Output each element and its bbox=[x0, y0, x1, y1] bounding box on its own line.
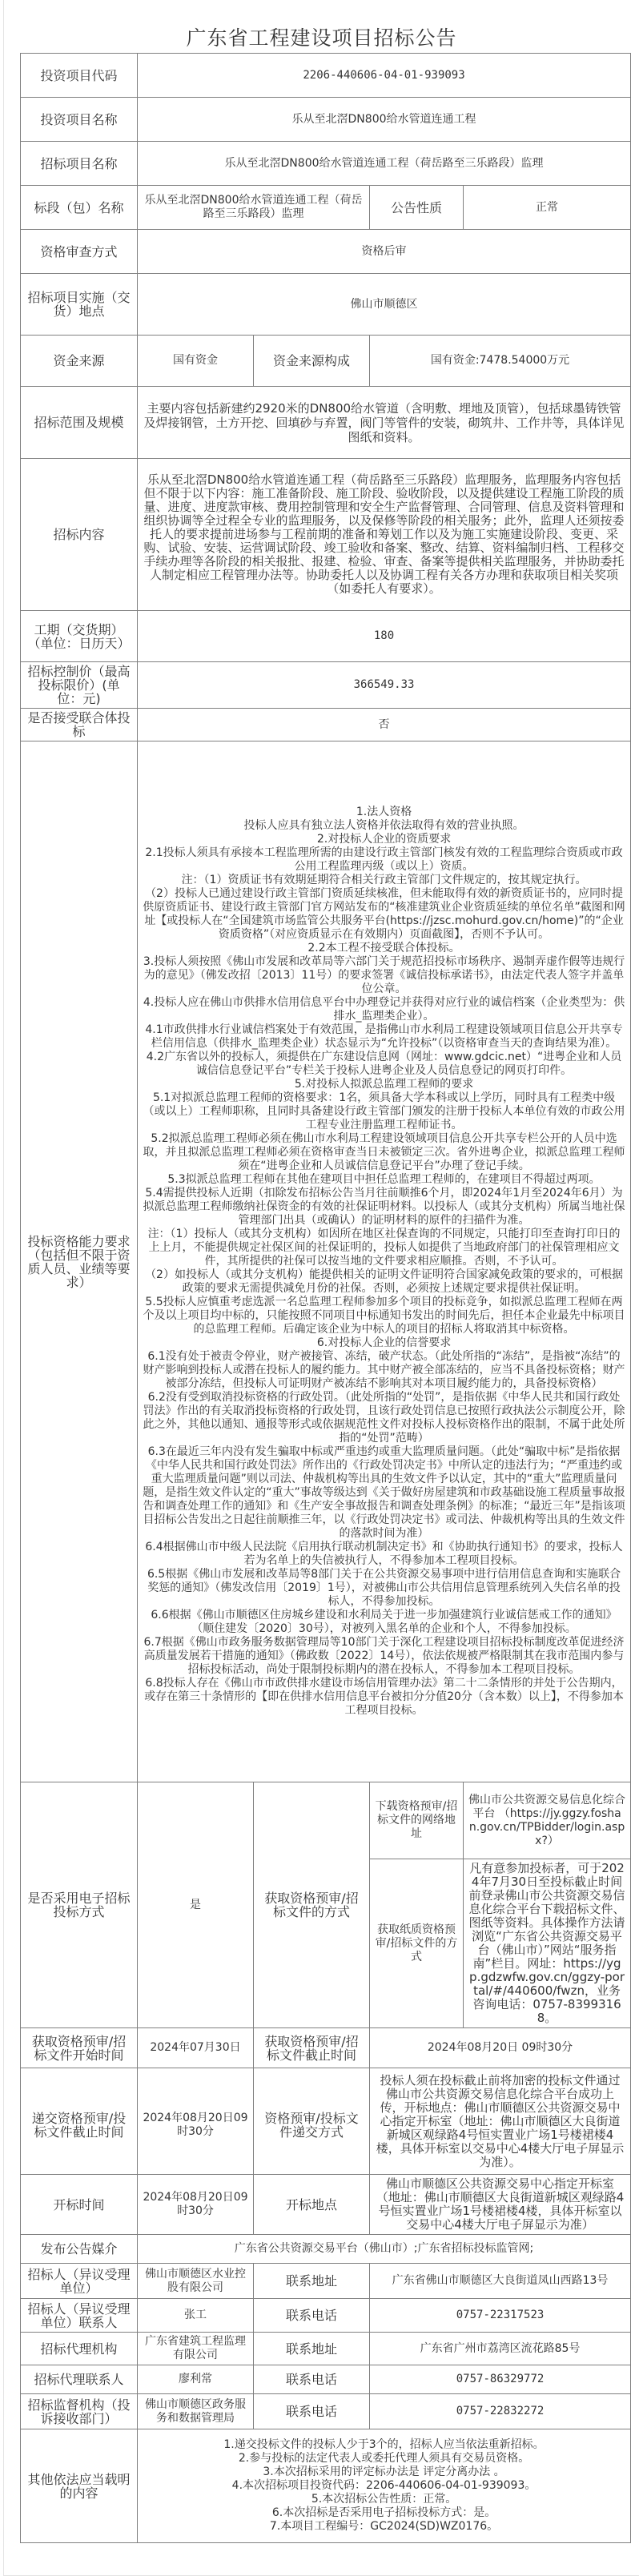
value-price-cap: 366549.33 bbox=[138, 662, 631, 709]
label-submit-deadline: 递交资格预审/投标文件截止时间 bbox=[21, 2068, 138, 2175]
value-opening-time: 2024年08月20日09时30分 bbox=[138, 2175, 254, 2235]
value-media: 广东省公共资源交易平台（佛山市）;广东省招标投标监管网; bbox=[138, 2235, 631, 2264]
qualification-item: 5.2拟派总监理工程师必须在佛山市水利局工程建设领域项目信息公开共享专栏公开的人… bbox=[143, 1132, 625, 1173]
other-item: 5.本次招标公告性质：正常。 bbox=[143, 2493, 625, 2506]
label-download-address: 下载资格预审/招标文件的网络地址 bbox=[370, 1782, 464, 1859]
qualification-item: 注：（1）资质证书有效期延期符合相关行政主管部门文件规定的，按其规定执行。 bbox=[143, 874, 625, 887]
row-tender-project-name: 招标项目名称 乐从至北滘DN800给水管道连通工程（荷岳路至三乐路段）监理 bbox=[21, 142, 631, 186]
label-opening-place: 开标地点 bbox=[254, 2175, 370, 2235]
row-qualification: 投标资格能力要求（包括但不限于资质人员、业绩等要求） 1.法人资格 投标人应具有… bbox=[21, 741, 631, 1782]
value-tenderer-address: 广东省佛山市顺德区大良街道凤山西路13号 bbox=[370, 2264, 631, 2299]
value-scope: 主要内容包括新建约2920米的DN800给水管道（含明敷、埋地及顶管），包括球墨… bbox=[138, 387, 631, 459]
value-tenderer: 佛山市顺德区水业控股有限公司 bbox=[138, 2264, 254, 2299]
value-notice-nature: 正常 bbox=[464, 186, 631, 230]
value-consortium: 否 bbox=[138, 709, 631, 741]
value-fund-source: 国有资金 bbox=[138, 336, 254, 387]
qualification-item: （2）如投标人（或其分支机构）能提供相关的证明文件证明符合国家减免政策的要求的，… bbox=[143, 1268, 625, 1296]
value-project-code: 2206-440606-04-01-939093 bbox=[138, 54, 631, 98]
value-supervision-phone: 0757-22832272 bbox=[370, 2394, 631, 2429]
qualification-item: 5.5投标人应慎重考虑选派一名总监理工程师参加多个项目的投标竞争，如拟派总监理工… bbox=[143, 1296, 625, 1336]
label-content: 招标内容 bbox=[21, 459, 138, 611]
label-obtain-method: 获取资格预审/招标文件的方式 bbox=[254, 1782, 370, 2028]
label-agency-contact: 招标代理联系人 bbox=[21, 2365, 138, 2394]
notice-page: 广东省工程建设项目招标公告 投资项目代码 2206-440606-04-01-9… bbox=[3, 0, 639, 2576]
value-agency: 广东省建筑工程监理有限公司 bbox=[138, 2333, 254, 2365]
label-tenderer-phone: 联系电话 bbox=[254, 2299, 370, 2333]
value-tenderer-contact: 张工 bbox=[138, 2299, 254, 2333]
qualification-item: 2.对投标人企业的资质要求 bbox=[143, 833, 625, 846]
qualification-item: 投标人应具有独立法人资格并依法取得有效的营业执照。 bbox=[143, 819, 625, 833]
row-other: 其他依法应当载明的内容 1.递交投标文件的投标人少于3个的，招标人应当依法重新招… bbox=[21, 2429, 631, 2543]
label-fund-source: 资金来源 bbox=[21, 336, 138, 387]
value-qualification: 1.法人资格 投标人应具有独立法人资格并依法取得有效的营业执照。 2.对投标人企… bbox=[138, 741, 631, 1782]
label-scope: 招标范围及规模 bbox=[21, 387, 138, 459]
label-media: 发布公告媒介 bbox=[21, 2235, 138, 2264]
qualification-item: 6.4根据佛山市中级人民法院《启用执行联动机制决定书》和《协助执行通知书》的要求… bbox=[143, 1541, 625, 1568]
label-agency-phone: 联系电话 bbox=[254, 2365, 370, 2394]
label-submit-method: 资格预审/投标文件递交方式 bbox=[254, 2068, 370, 2175]
other-item: 6.本次招标是否采用电子招标投标方式：是。 bbox=[143, 2506, 625, 2520]
qualification-item: 6.7根据《佛山市政务服务数据管理局等10部门关于深化工程建设项目招标投标制度改… bbox=[143, 1636, 625, 1677]
qualification-item: 6.6根据《佛山市顺德区住房城乡建设和水利局关于进一步加强建筑行业诚信惩戒工作的… bbox=[143, 1609, 625, 1636]
qualification-item: 2.1投标人须具有承接本工程监理所需的由建设行政主管部门核发有效的工程监理综合资… bbox=[143, 846, 625, 874]
row-obtain-time: 获取资格预审/招标文件开始时间 2024年07月30日 获取资格预审/招标文件截… bbox=[21, 2028, 631, 2068]
row-content: 招标内容 乐从至北滘DN800给水管道连通工程（荷岳路至三乐路段）监理服务，监理… bbox=[21, 459, 631, 611]
qualification-item: 3.投标人须按照《佛山市发展和改革局等六部门关于规范招投标市场秩序、遏制弄虚作假… bbox=[143, 955, 625, 996]
label-tenderer-address: 联系地址 bbox=[254, 2264, 370, 2299]
label-section-name: 标段（包）名称 bbox=[21, 186, 138, 230]
row-duration: 工期（交货期）（单位：日历天） 180 bbox=[21, 611, 631, 662]
row-qualification-review: 资格审查方式 资格后审 bbox=[21, 230, 631, 274]
row-agency: 招标代理机构 广东省建筑工程监理有限公司 联系地址 广东省广州市荔湾区流花路85… bbox=[21, 2333, 631, 2365]
label-agency-address: 联系地址 bbox=[254, 2333, 370, 2365]
value-content: 乐从至北滘DN800给水管道连通工程（荷岳路至三乐路段）监理服务，监理服务内容包… bbox=[138, 459, 631, 611]
label-qualification-review: 资格审查方式 bbox=[21, 230, 138, 274]
row-supervision: 招标监督机构（投诉接收部门） 佛山市顺德区政务服务和数据管理局 联系电话 075… bbox=[21, 2394, 631, 2429]
value-obtain-start: 2024年07月30日 bbox=[138, 2028, 254, 2068]
value-project-name: 乐从至北滘DN800给水管道连通工程 bbox=[138, 98, 631, 142]
label-fund-composition: 资金来源构成 bbox=[254, 336, 370, 387]
notice-table: 投资项目代码 2206-440606-04-01-939093 投资项目名称 乐… bbox=[20, 53, 631, 2543]
row-fund: 资金来源 国有资金 资金来源构成 国有资金:7478.54000万元 bbox=[21, 336, 631, 387]
row-scope: 招标范围及规模 主要内容包括新建约2920米的DN800给水管道（含明敷、埋地及… bbox=[21, 387, 631, 459]
value-other: 1.递交投标文件的投标人少于3个的，招标人应当依法重新招标。 2.参与投标的法定… bbox=[138, 2429, 631, 2543]
qualification-item: 6.对投标人企业的信誉要求 bbox=[143, 1336, 625, 1350]
row-project-name: 投资项目名称 乐从至北滘DN800给水管道连通工程 bbox=[21, 98, 631, 142]
value-submit-method: 投标人须在投标截止前将加密的投标文件通过佛山市公共资源交易信息化综合平台成功上传… bbox=[370, 2068, 631, 2175]
other-item: 2.参与投标的法定代表人或委托代理人须具有交易员资格。 bbox=[143, 2452, 625, 2465]
qualification-item: 5.3拟派总监理工程师在其他在建项目中担任总监理工程师的，在建项目不得超过两项。 bbox=[143, 1173, 625, 1187]
qualification-item: 6.5根据《佛山市发展和改革局等8部门关于在公共资源交易事项中进行信用信息查询和… bbox=[143, 1568, 625, 1609]
page-title: 广东省工程建设项目招标公告 bbox=[4, 0, 639, 53]
qualification-item: 4.2广东省以外的投标人，须提供在广东建设信息网（网址：www.gdcic.ne… bbox=[143, 1051, 625, 1078]
row-consortium: 是否接受联合体投标 否 bbox=[21, 709, 631, 741]
label-price-cap: 招标控制价（最高投标限价）(单位：元) bbox=[21, 662, 138, 709]
value-fund-composition: 国有资金:7478.54000万元 bbox=[370, 336, 631, 387]
qualification-item: 6.2没有受到取消投标资格的行政处罚。（此处所指的“处罚”，是指依据《中华人民共… bbox=[143, 1391, 625, 1445]
row-location: 招标项目实施（交货）地点 佛山市顺德区 bbox=[21, 274, 631, 336]
label-qualification: 投标资格能力要求（包括但不限于资质人员、业绩等要求） bbox=[21, 741, 138, 1782]
label-obtain-start: 获取资格预审/招标文件开始时间 bbox=[21, 2028, 138, 2068]
value-location: 佛山市顺德区 bbox=[138, 274, 631, 336]
label-notice-nature: 公告性质 bbox=[370, 186, 464, 230]
row-tenderer-contact: 招标人（异议受理单位）联系人 张工 联系电话 0757-22317523 bbox=[21, 2299, 631, 2333]
label-paper-method: 获取纸质资格预审/招标文件的方式 bbox=[370, 1859, 464, 2028]
other-item: 7.本项目工程编号：GC2024(SD)WZ0176。 bbox=[143, 2520, 625, 2534]
row-media: 发布公告媒介 广东省公共资源交易平台（佛山市）;广东省招标投标监管网; bbox=[21, 2235, 631, 2264]
other-item: 1.递交投标文件的投标人少于3个的，招标人应当依法重新招标。 bbox=[143, 2438, 625, 2452]
value-supervision: 佛山市顺德区政务服务和数据管理局 bbox=[138, 2394, 254, 2429]
label-other: 其他依法应当载明的内容 bbox=[21, 2429, 138, 2543]
label-location: 招标项目实施（交货）地点 bbox=[21, 274, 138, 336]
qualification-item: 4.投标人应在佛山市供排水信用信息平台中办理登记并获得对应行业的诚信档案（企业类… bbox=[143, 996, 625, 1023]
label-project-code: 投资项目代码 bbox=[21, 54, 138, 98]
label-supervision-phone: 联系电话 bbox=[254, 2394, 370, 2429]
value-qualification-review: 资格后审 bbox=[138, 230, 631, 274]
row-submit: 递交资格预审/投标文件截止时间 2024年08月20日09时30分 资格预审/投… bbox=[21, 2068, 631, 2175]
value-tenderer-phone: 0757-22317523 bbox=[370, 2299, 631, 2333]
value-paper-method: 凡有意参加投标者，可于2024年7月30日至投标截止时间前登录佛山市公共资源交易… bbox=[464, 1859, 631, 2028]
qualification-item: 1.法人资格 bbox=[143, 806, 625, 819]
value-tender-project-name: 乐从至北滘DN800给水管道连通工程（荷岳路至三乐路段）监理 bbox=[138, 142, 631, 186]
label-tenderer-contact: 招标人（异议受理单位）联系人 bbox=[21, 2299, 138, 2333]
label-electronic: 是否采用电子招标投标方式 bbox=[21, 1782, 138, 2028]
value-obtain-end: 2024年08月20日 09时30分 bbox=[370, 2028, 631, 2068]
value-opening-place: 佛山市顺德区公共资源交易中心指定开标室（地址：佛山市顺德区大良街道新城区观绿路4… bbox=[370, 2175, 631, 2235]
value-download-address[interactable]: 佛山市公共资源交易信息化综合平台 （https://jy.ggzy.foshan… bbox=[464, 1782, 631, 1859]
label-project-name: 投资项目名称 bbox=[21, 98, 138, 142]
value-duration: 180 bbox=[138, 611, 631, 662]
qualification-item: 2.2本工程不接受联合体投标。 bbox=[143, 942, 625, 955]
label-supervision: 招标监督机构（投诉接收部门） bbox=[21, 2394, 138, 2429]
label-agency: 招标代理机构 bbox=[21, 2333, 138, 2365]
value-agency-contact: 廖利常 bbox=[138, 2365, 254, 2394]
row-agency-contact: 招标代理联系人 廖利常 联系电话 0757-86329772 bbox=[21, 2365, 631, 2394]
qualification-item: 5.对投标人拟派总监理工程师的要求 bbox=[143, 1078, 625, 1091]
qualification-item: 注：（1）投标人（或其分支机构）如因所在地区社保查询的不同规定，只能打印至查询打… bbox=[143, 1228, 625, 1268]
value-section-name: 乐从至北滘DN800给水管道连通工程（荷岳路至三乐路段）监理 bbox=[138, 186, 370, 230]
other-item: 4.本次招标项目投资代码：2206-440606-04-01-939093。 bbox=[143, 2479, 625, 2493]
value-agency-address: 广东省广州市荔湾区流花路85号 bbox=[370, 2333, 631, 2365]
label-opening-time: 开标时间 bbox=[21, 2175, 138, 2235]
row-section-name: 标段（包）名称 乐从至北滘DN800给水管道连通工程（荷岳路至三乐路段）监理 公… bbox=[21, 186, 631, 230]
label-duration: 工期（交货期）（单位：日历天） bbox=[21, 611, 138, 662]
qualification-item: 4.1市政供排水行业诚信档案处于有效范围，是指佛山市水利局工程建设领域项目信息公… bbox=[143, 1023, 625, 1051]
qualification-item: 6.3在最近三年内没有发生骗取中标或严重违约或重大监理质量问题。（此处“骗取中标… bbox=[143, 1445, 625, 1541]
value-submit-deadline: 2024年08月20日09时30分 bbox=[138, 2068, 254, 2175]
value-agency-phone: 0757-86329772 bbox=[370, 2365, 631, 2394]
other-item: 3.本次招标采用的评定标办法是 评定分离办法 。 bbox=[143, 2465, 625, 2479]
row-tenderer: 招标人（异议受理单位） 佛山市顺德区水业控股有限公司 联系地址 广东省佛山市顺德… bbox=[21, 2264, 631, 2299]
qualification-item: 5.1对拟派总监理工程师的资格要求：1名，须具备大学本科或以上学历，同时具有工程… bbox=[143, 1091, 625, 1132]
label-consortium: 是否接受联合体投标 bbox=[21, 709, 138, 741]
qualification-item: 5.4需提供投标人近期（扣除发布招标公告当月往前顺推6个月，即2024年1月至2… bbox=[143, 1187, 625, 1228]
qualification-item: （2）投标人已通过建设行政主管部门资质延续核准，但未能取得有效的新资质证书的，应… bbox=[143, 887, 625, 942]
label-tenderer: 招标人（异议受理单位） bbox=[21, 2264, 138, 2299]
value-electronic: 是 bbox=[138, 1782, 254, 2028]
label-tender-project-name: 招标项目名称 bbox=[21, 142, 138, 186]
row-project-code: 投资项目代码 2206-440606-04-01-939093 bbox=[21, 54, 631, 98]
row-price-cap: 招标控制价（最高投标限价）(单位：元) 366549.33 bbox=[21, 662, 631, 709]
row-electronic-download: 是否采用电子招标投标方式 是 获取资格预审/招标文件的方式 下载资格预审/招标文… bbox=[21, 1782, 631, 1859]
row-opening: 开标时间 2024年08月20日09时30分 开标地点 佛山市顺德区公共资源交易… bbox=[21, 2175, 631, 2235]
qualification-item: 6.8投标人存在《佛山市市政供排水建设市场信用管理办法》第二十二条情形的并处于公… bbox=[143, 1677, 625, 1718]
label-obtain-end: 获取资格预审/招标文件截止时间 bbox=[254, 2028, 370, 2068]
qualification-item: 6.1没有处于被责令停业，财产被接管、冻结，破产状态。（此处所指的“冻结”，是指… bbox=[143, 1350, 625, 1391]
